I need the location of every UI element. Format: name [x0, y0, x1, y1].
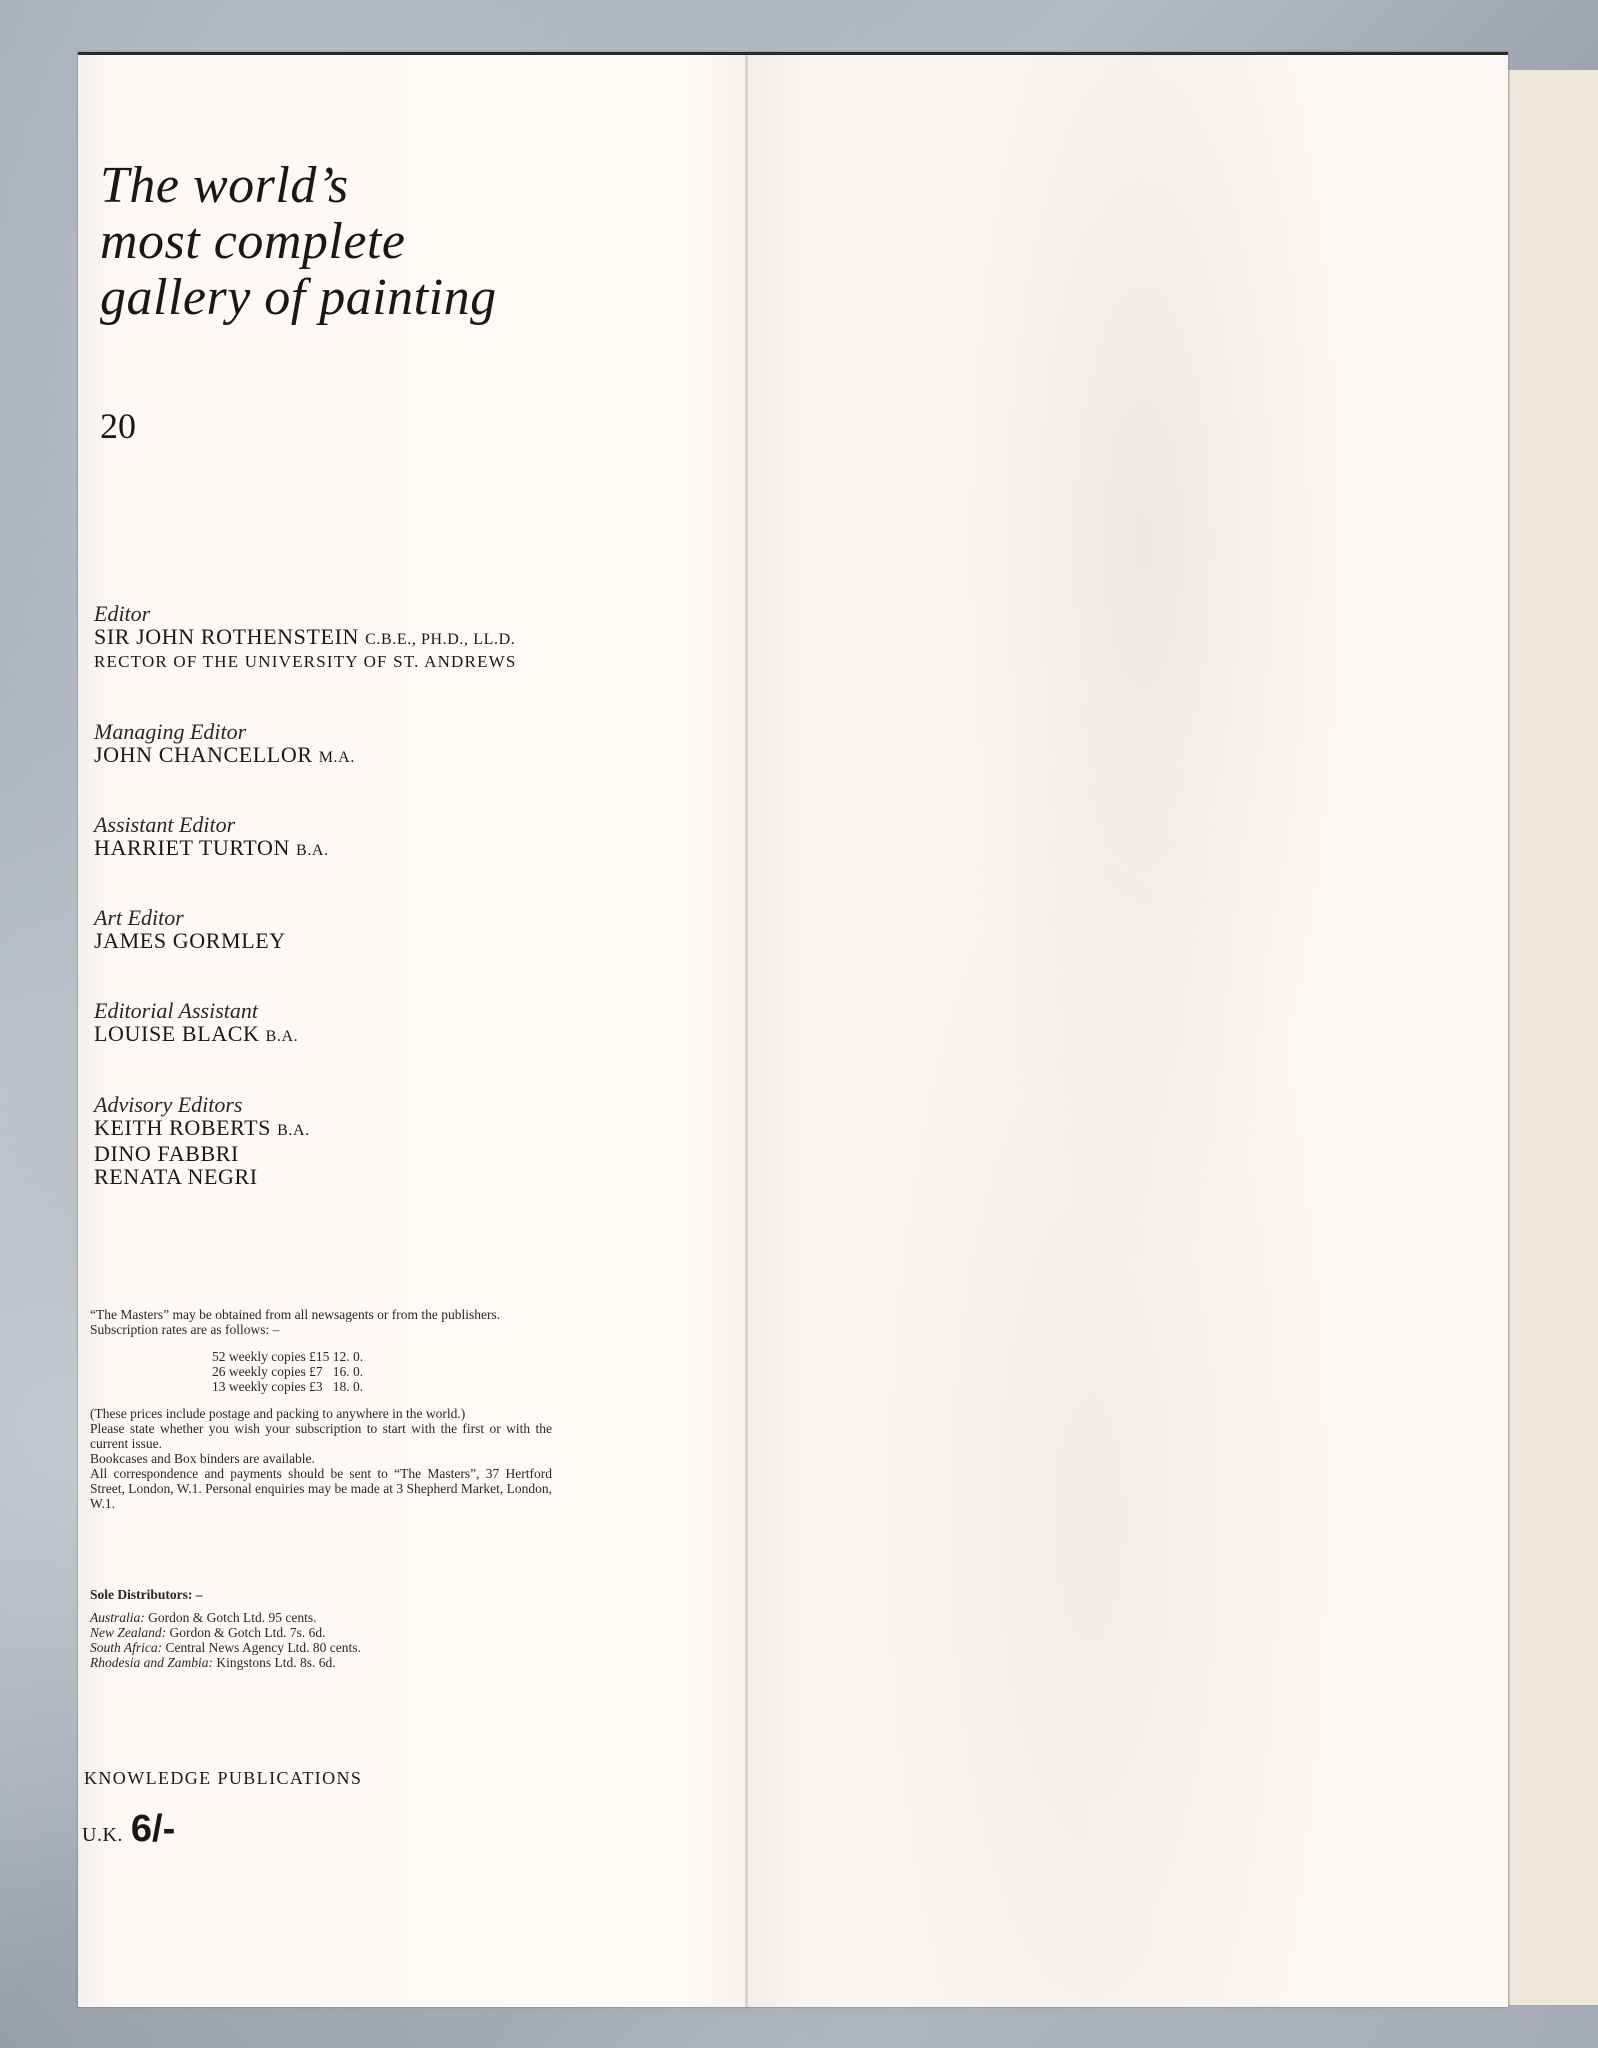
cover-price: U.K. 6/-	[82, 1808, 175, 1851]
staff-credentials: C.B.E., Ph.D., LL.D.	[365, 631, 515, 648]
subscription-rates: 52 weekly copies £15 12. 0. 26 weekly co…	[212, 1349, 552, 1394]
subscription-note: (These prices include postage and packin…	[90, 1406, 552, 1421]
staff-name: RENATA NEGRI	[94, 1165, 714, 1188]
staff-name: SIR JOHN ROTHENSTEIN C.B.E., Ph.D., LL.D…	[94, 625, 714, 651]
headline-line: most complete	[100, 213, 405, 270]
price-amount: 6/-	[131, 1808, 175, 1850]
staff-managing-editor: Managing Editor JOHN CHANCELLOR M.A.	[94, 721, 714, 769]
price-prefix: U.K.	[82, 1824, 123, 1846]
staff-name: JOHN CHANCELLOR M.A.	[94, 743, 714, 769]
subscription-note: Bookcases and Box binders are available.	[90, 1451, 552, 1466]
rate-row: 52 weekly copies £15 12. 0.	[212, 1349, 552, 1364]
staff-role: Editorial Assistant	[94, 1000, 714, 1022]
staff-name: HARRIET TURTON B.A.	[94, 836, 714, 862]
staff-credentials: B.A.	[277, 1122, 310, 1139]
staff-role: Art Editor	[94, 907, 714, 929]
staff-editorial-assistant: Editorial Assistant LOUISE BLACK B.A.	[94, 1000, 714, 1048]
headline-line: The world’s	[100, 157, 349, 214]
staff-role: Managing Editor	[94, 721, 714, 743]
subscription-note: Please state whether you wish your subsc…	[90, 1421, 552, 1451]
staff-subtitle: RECTOR OF THE UNIVERSITY OF ST. ANDREWS	[94, 651, 714, 673]
staff-name: KEITH ROBERTS B.A.	[94, 1116, 714, 1142]
staff-role: Advisory Editors	[94, 1094, 714, 1116]
rate-row: 13 weekly copies £3 18. 0.	[212, 1379, 552, 1394]
subscription-note: All correspondence and payments should b…	[90, 1466, 552, 1511]
distributor-item: Australia: Gordon & Gotch Ltd. 95 cents.	[90, 1610, 552, 1625]
headline-line: gallery of painting	[100, 269, 497, 326]
staff-role: Assistant Editor	[94, 814, 714, 836]
staff-art-editor: Art Editor JAMES GORMLEY	[94, 907, 714, 952]
distributors: Sole Distributors: – Australia: Gordon &…	[90, 1587, 552, 1670]
distributor-item: Rhodesia and Zambia: Kingstons Ltd. 8s. …	[90, 1655, 552, 1670]
distributor-item: New Zealand: Gordon & Gotch Ltd. 7s. 6d.	[90, 1625, 552, 1640]
issue-number: 20	[100, 405, 136, 447]
staff-advisory-editors: Advisory Editors KEITH ROBERTS B.A. DINO…	[94, 1094, 714, 1188]
rate-row: 26 weekly copies £7 16. 0.	[212, 1364, 552, 1379]
staff-assistant-editor: Assistant Editor HARRIET TURTON B.A.	[94, 814, 714, 862]
headline: The world’s most complete gallery of pai…	[100, 158, 497, 326]
staff-editor: Editor SIR JOHN ROTHENSTEIN C.B.E., Ph.D…	[94, 603, 714, 673]
back-cover-edge	[1505, 70, 1598, 2005]
subscription-intro: “The Masters” may be obtained from all n…	[90, 1307, 552, 1322]
staff-name: JAMES GORMLEY	[94, 929, 714, 952]
subscription-rates-label: Subscription rates are as follows: –	[90, 1322, 552, 1337]
staff-role: Editor	[94, 603, 714, 625]
subscription-info: “The Masters” may be obtained from all n…	[90, 1307, 552, 1511]
staff-name: DINO FABBRI	[94, 1142, 714, 1165]
staff-credentials: B.A.	[266, 1028, 299, 1045]
distributors-heading: Sole Distributors: –	[90, 1587, 552, 1602]
staff-credentials: B.A.	[296, 842, 329, 859]
staff-credentials: M.A.	[319, 749, 355, 766]
distributor-item: South Africa: Central News Agency Ltd. 8…	[90, 1640, 552, 1655]
right-page-blank	[748, 55, 1508, 2007]
publisher-name: KNOWLEDGE PUBLICATIONS	[84, 1768, 362, 1789]
staff-name: LOUISE BLACK B.A.	[94, 1022, 714, 1048]
